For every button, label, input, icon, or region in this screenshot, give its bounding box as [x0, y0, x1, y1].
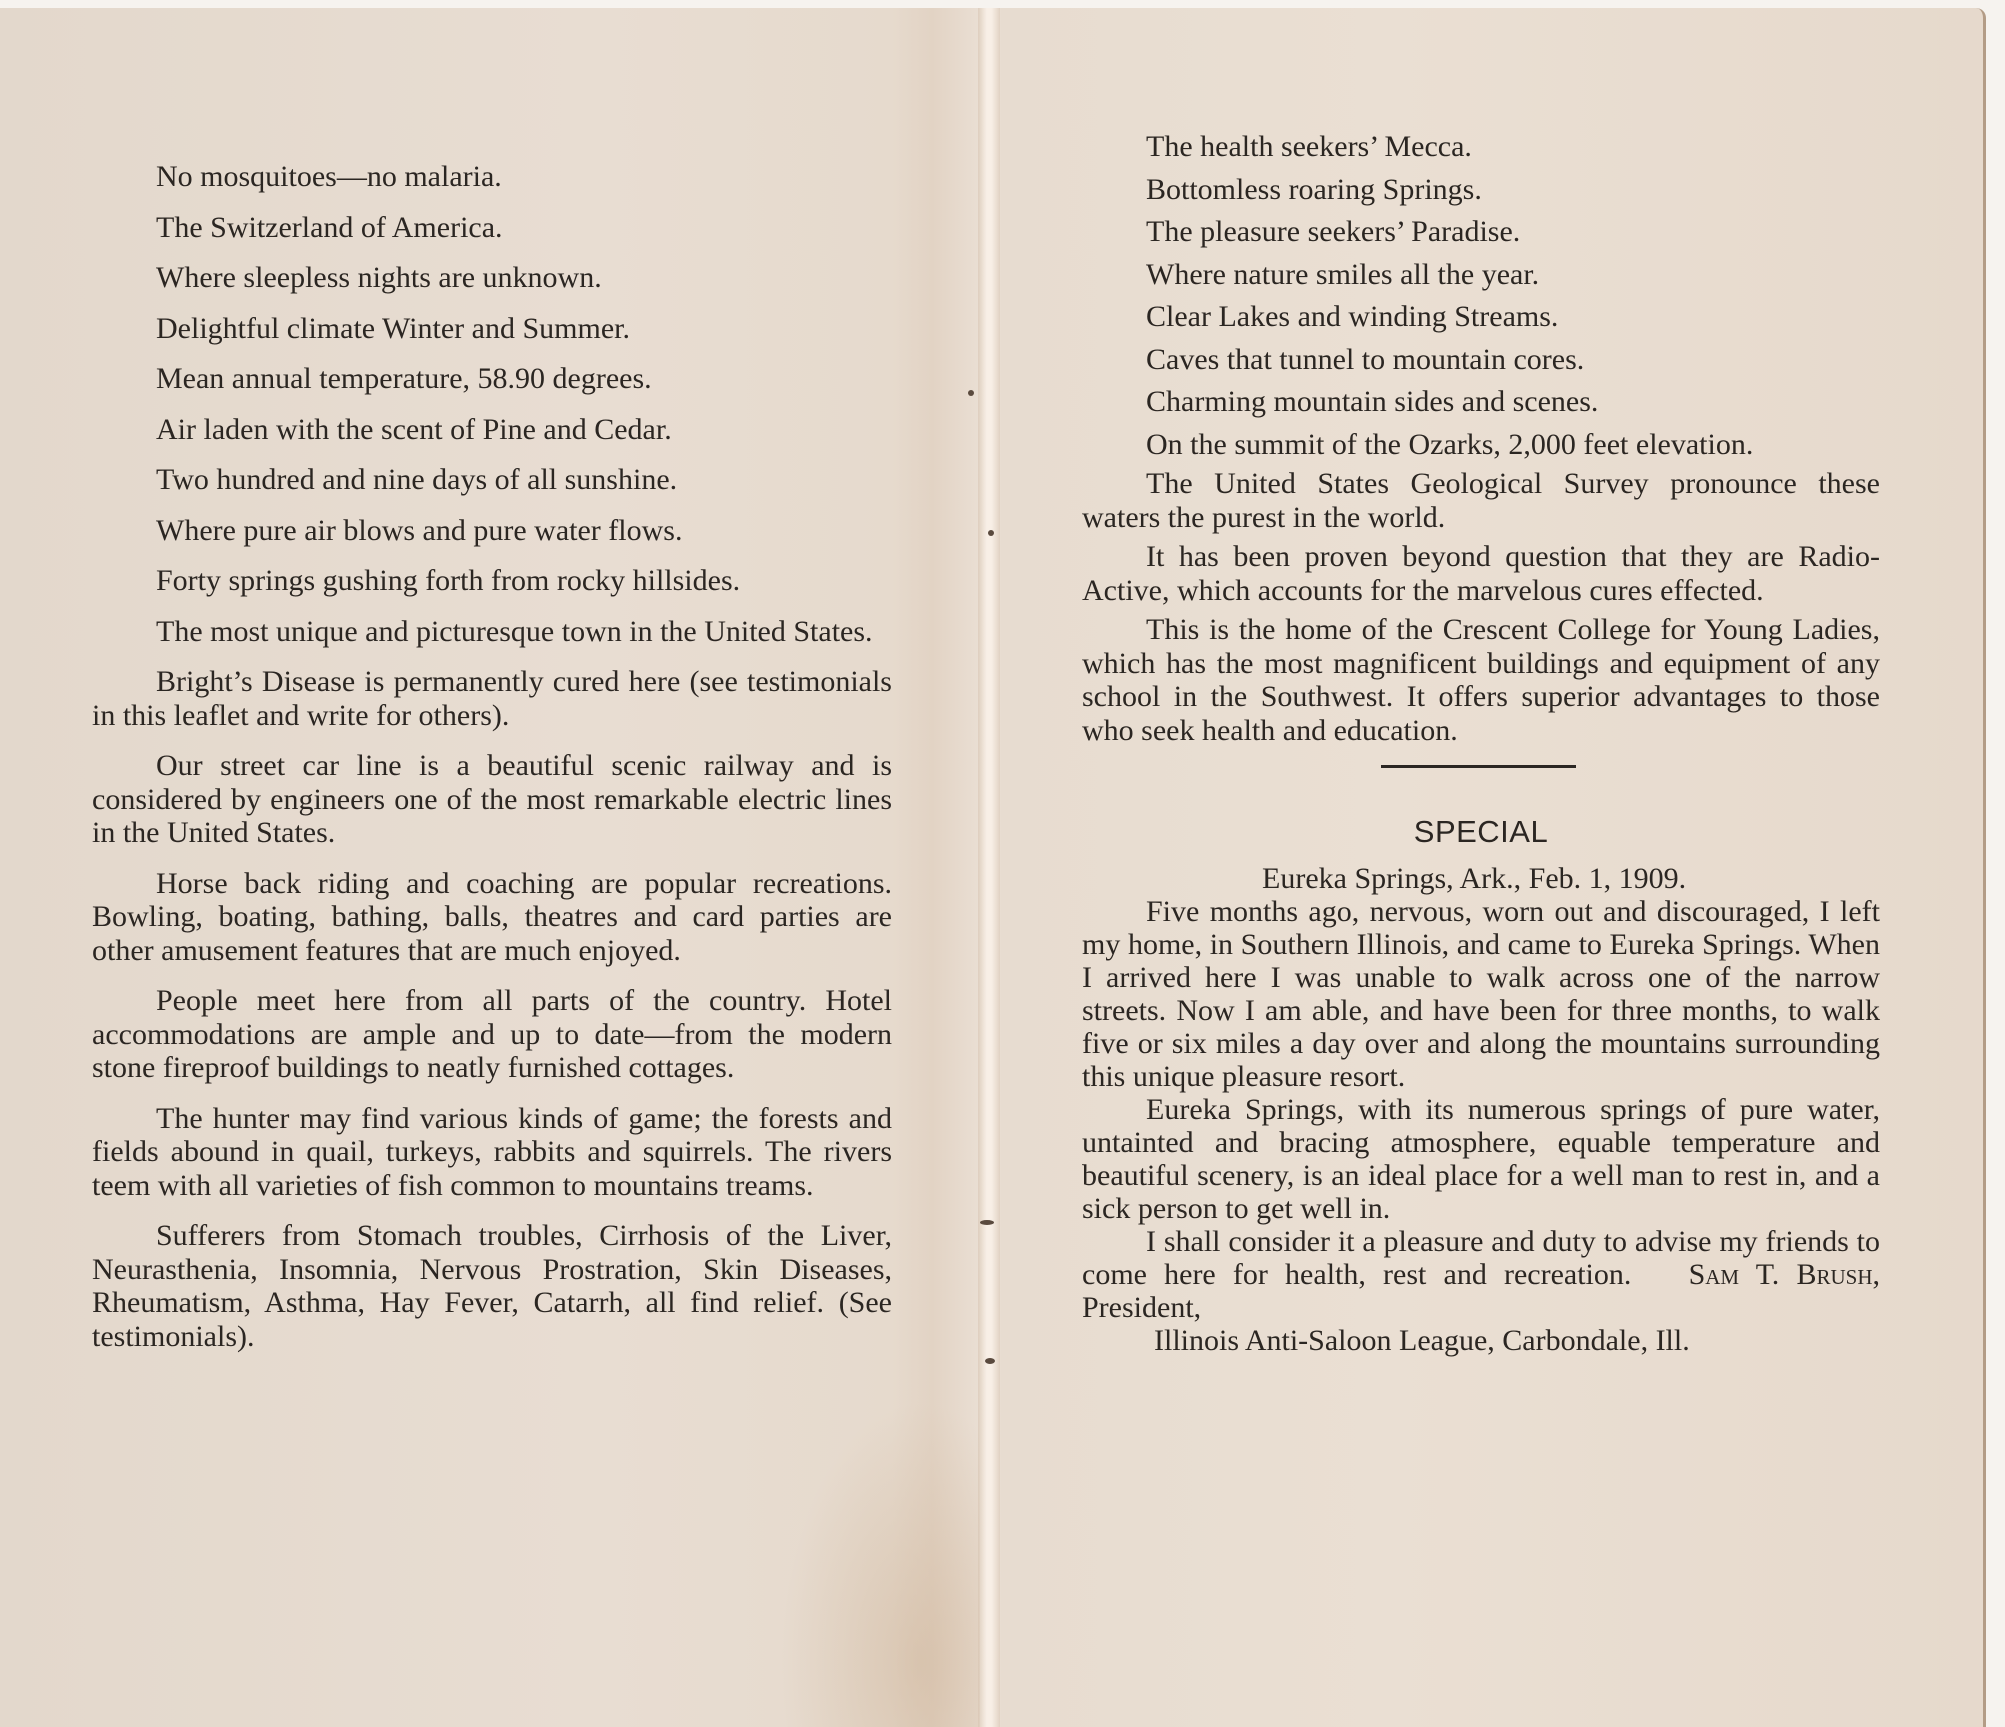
paragraph: On the summit of the Ozarks, 2,000 feet …: [1082, 428, 1880, 462]
binding-mark: [968, 390, 974, 396]
section-divider: [1381, 765, 1576, 768]
paper-stain: [780, 1400, 980, 1727]
special-testimonial: SPECIAL Eureka Springs, Ark., Feb. 1, 19…: [1082, 814, 1880, 1357]
section-heading: SPECIAL: [1082, 814, 1880, 850]
paragraph: The most unique and picturesque town in …: [92, 615, 892, 649]
letter-paragraph: Eureka Springs, with its numerous spring…: [1082, 1093, 1880, 1225]
paragraph: The United States Geological Survey pro­…: [1082, 467, 1880, 534]
short-line: Two hundred and nine days of all sunshin…: [92, 463, 892, 497]
short-line: Where pure air blows and pure water flow…: [92, 514, 892, 548]
right-page: The health seekers’ Mecca. Bottomless ro…: [1082, 130, 1880, 1357]
paragraph: Forty springs gushing forth from rocky h…: [92, 564, 892, 598]
paragraph: The hunter may find various kinds of gam…: [92, 1102, 892, 1203]
short-line: The health seekers’ Mecca.: [1082, 130, 1880, 164]
letter-dateline: Eureka Springs, Ark., Feb. 1, 1909.: [1082, 862, 1880, 895]
letter-closing: I shall consider it a pleasure and duty …: [1082, 1225, 1880, 1324]
short-line: Where nature smiles all the year.: [1082, 258, 1880, 292]
paragraph: Horse back riding and coaching are popul…: [92, 867, 892, 968]
binding-mark: [988, 530, 994, 536]
paragraph: Our street car line is a beautiful sceni…: [92, 749, 892, 850]
short-line: Where sleepless nights are unknown.: [92, 261, 892, 295]
paragraph: It has been proven beyond question that …: [1082, 540, 1880, 607]
paragraph: People meet here from all parts of the c…: [92, 984, 892, 1085]
short-line: Clear Lakes and winding Streams.: [1082, 300, 1880, 334]
signature-name: Sam T. Brush: [1689, 1258, 1873, 1291]
signature-organization: Illinois Anti-Saloon League, Carbondale,…: [1082, 1324, 1880, 1357]
short-line: Caves that tunnel to mountain cores.: [1082, 343, 1880, 377]
paragraph: Bright’s Disease is permanently cured he…: [92, 665, 892, 732]
short-line: Air laden with the scent of Pine and Ced…: [92, 413, 892, 447]
short-line: No mosquitoes—no malaria.: [92, 160, 892, 194]
paragraph: Sufferers from Stomach troubles, Cirrhos…: [92, 1219, 892, 1353]
left-page: No mosquitoes—no malaria. The Switzerlan…: [92, 160, 892, 1370]
center-fold: [978, 8, 1000, 1727]
short-line: The Switzerland of America.: [92, 211, 892, 245]
binding-mark: [980, 1220, 994, 1225]
short-line: Charming mountain sides and scenes.: [1082, 385, 1880, 419]
short-line: Bottomless roaring Springs.: [1082, 173, 1880, 207]
paragraph: This is the home of the Crescent College…: [1082, 613, 1880, 747]
letter-paragraph: Five months ago, nervous, worn out and d…: [1082, 895, 1880, 1093]
short-line: Mean annual temperature, 58.90 degrees.: [92, 362, 892, 396]
short-line: Delightful climate Winter and Summer.: [92, 312, 892, 346]
binding-mark: [985, 1358, 995, 1364]
short-line: The pleasure seekers’ Paradise.: [1082, 215, 1880, 249]
